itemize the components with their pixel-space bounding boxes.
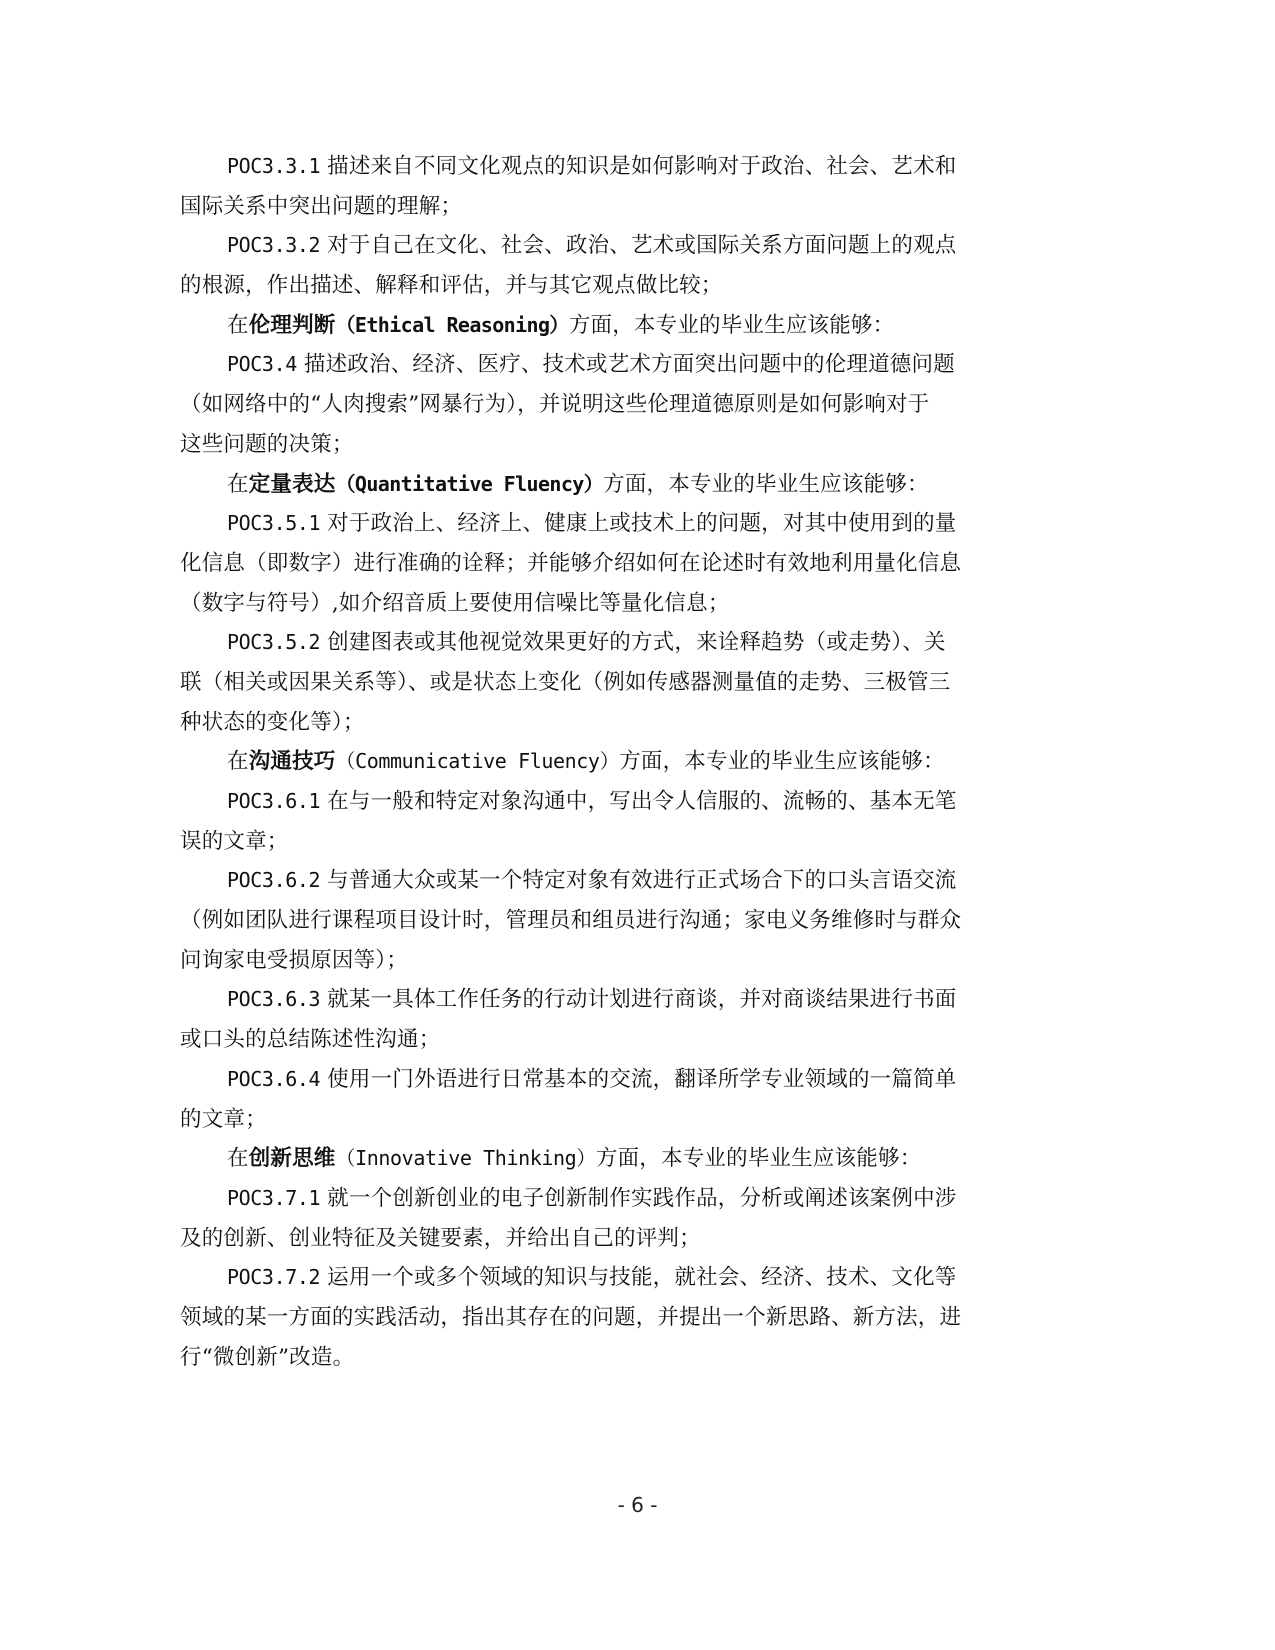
outcome-text: 化信息（即数字）进行准确的诠释；并能够介绍如何在论述时有效地利用量化信息	[180, 551, 961, 576]
heading-suffix: 方面，本专业的毕业生应该能够：	[569, 313, 895, 338]
heading-keyword: 创新思维	[249, 1146, 336, 1171]
paragraph-line: 种状态的变化等）；	[180, 703, 1040, 743]
outcome-code: POC3.3.2	[227, 233, 320, 257]
paragraph-line: 问询家电受损原因等）；	[180, 941, 1040, 981]
paragraph-line: 及的创新、创业特征及关键要素，并给出自己的评判；	[180, 1219, 1040, 1259]
section-heading-quantitative: 在定量表达（Quantitative Fluency）方面，本专业的毕业生应该能…	[180, 465, 1040, 505]
heading-keyword: 定量表达	[249, 472, 336, 497]
page-number: - 6 -	[0, 1493, 1275, 1517]
outcome-text: 就一个创新创业的电子创新制作实践作品，分析或阐述该案例中涉	[320, 1186, 956, 1211]
paragraph-line: 联（相关或因果关系等）、或是状态上变化（例如传感器测量值的走势、三极管三	[180, 663, 1040, 703]
outcome-text: 行“微创新”改造。	[180, 1345, 354, 1370]
paragraph-line: （如网络中的“人肉搜索”网暴行为），并说明这些伦理道德原则是如何影响对于	[180, 385, 1040, 425]
outcome-code: POC3.7.1	[227, 1186, 320, 1210]
paragraph-line: POC3.7.1 就一个创新创业的电子创新制作实践作品，分析或阐述该案例中涉	[180, 1179, 1040, 1219]
section-heading-communicative: 在沟通技巧（Communicative Fluency）方面，本专业的毕业生应该…	[180, 742, 1040, 782]
outcome-code: POC3.5.1	[227, 511, 320, 535]
paragraph-line: POC3.7.2 运用一个或多个领域的知识与技能，就社会、经济、技术、文化等	[180, 1258, 1040, 1298]
paragraph-line: （例如团队进行课程项目设计时，管理员和组员进行沟通；家电义务维修时与群众	[180, 901, 1040, 941]
paragraph-line: 这些问题的决策；	[180, 425, 1040, 465]
outcome-text: 对于政治上、经济上、健康上或技术上的问题，对其中使用到的量	[320, 511, 956, 536]
heading-prefix: 在	[227, 749, 249, 774]
outcome-text: 联（相关或因果关系等）、或是状态上变化（例如传感器测量值的走势、三极管三	[180, 670, 950, 695]
outcome-text: 在与一般和特定对象沟通中，写出令人信服的、流畅的、基本无笔	[320, 789, 956, 814]
outcome-text: 国际关系中突出问题的理解；	[180, 194, 462, 219]
outcome-text: 运用一个或多个领域的知识与技能，就社会、经济、技术、文化等	[320, 1265, 956, 1290]
outcome-text: （数字与符号）,如介绍音质上要使用信噪比等量化信息；	[180, 591, 730, 616]
outcome-text: 的文章；	[180, 1107, 267, 1132]
heading-suffix: 方面，本专业的毕业生应该能够：	[603, 472, 929, 497]
outcome-text: 或口头的总结陈述性沟通；	[180, 1027, 440, 1052]
paragraph-line: POC3.5.1 对于政治上、经济上、健康上或技术上的问题，对其中使用到的量	[180, 504, 1040, 544]
heading-suffix: 方面，本专业的毕业生应该能够：	[596, 1146, 922, 1171]
heading-english-term: （Ethical Reasoning）	[336, 313, 569, 337]
outcome-text: 对于自己在文化、社会、政治、艺术或国际关系方面问题上的观点	[320, 233, 956, 258]
heading-prefix: 在	[227, 472, 249, 497]
paragraph-line: POC3.6.1 在与一般和特定对象沟通中，写出令人信服的、流畅的、基本无笔	[180, 782, 1040, 822]
outcome-text: 这些问题的决策；	[180, 432, 354, 457]
outcome-code: POC3.6.4	[227, 1067, 320, 1091]
outcome-text: 的根源，作出描述、解释和评估，并与其它观点做比较；	[180, 273, 723, 298]
paragraph-line: POC3.3.1 描述来自不同文化观点的知识是如何影响对于政治、社会、艺术和	[180, 147, 1040, 187]
paragraph-line: POC3.6.4 使用一门外语进行日常基本的交流，翻译所学专业领域的一篇简单	[180, 1060, 1040, 1100]
outcome-code: POC3.5.2	[227, 630, 320, 654]
paragraph-line: 的根源，作出描述、解释和评估，并与其它观点做比较；	[180, 266, 1040, 306]
outcome-text: 使用一门外语进行日常基本的交流，翻译所学专业领域的一篇简单	[320, 1067, 956, 1092]
outcome-code: POC3.6.3	[227, 987, 320, 1011]
paragraph-line: POC3.6.3 就某一具体工作任务的行动计划进行商谈，并对商谈结果进行书面	[180, 980, 1040, 1020]
paragraph-line: （数字与符号）,如介绍音质上要使用信噪比等量化信息；	[180, 584, 1040, 624]
outcome-text: 种状态的变化等）；	[180, 710, 365, 735]
outcome-code: POC3.4	[227, 352, 297, 376]
document-body: POC3.3.1 描述来自不同文化观点的知识是如何影响对于政治、社会、艺术和 国…	[180, 147, 1040, 1377]
paragraph-line: POC3.4 描述政治、经济、医疗、技术或艺术方面突出问题中的伦理道德问题	[180, 345, 1040, 385]
outcome-text: （例如团队进行课程项目设计时，管理员和组员进行沟通；家电义务维修时与群众	[180, 908, 961, 933]
heading-english-term: （Communicative Fluency）	[336, 749, 620, 773]
outcome-text: 误的文章；	[180, 829, 289, 854]
heading-suffix: 方面，本专业的毕业生应该能够：	[619, 749, 945, 774]
paragraph-line: 行“微创新”改造。	[180, 1338, 1040, 1378]
outcome-text: 与普通大众或某一个特定对象有效进行正式场合下的口头言语交流	[320, 868, 956, 893]
paragraph-line: POC3.6.2 与普通大众或某一个特定对象有效进行正式场合下的口头言语交流	[180, 861, 1040, 901]
outcome-code: POC3.6.2	[227, 868, 320, 892]
outcome-code: POC3.3.1	[227, 154, 320, 178]
heading-prefix: 在	[227, 1146, 249, 1171]
paragraph-line: POC3.3.2 对于自己在文化、社会、政治、艺术或国际关系方面问题上的观点	[180, 226, 1040, 266]
heading-keyword: 伦理判断	[249, 313, 336, 338]
outcome-code: POC3.7.2	[227, 1265, 320, 1289]
heading-keyword: 沟通技巧	[249, 749, 336, 774]
paragraph-line: 误的文章；	[180, 822, 1040, 862]
outcome-text: （如网络中的“人肉搜索”网暴行为），并说明这些伦理道德原则是如何影响对于	[180, 392, 929, 417]
section-heading-ethical: 在伦理判断（Ethical Reasoning）方面，本专业的毕业生应该能够：	[180, 306, 1040, 346]
section-heading-innovative: 在创新思维（Innovative Thinking）方面，本专业的毕业生应该能够…	[180, 1139, 1040, 1179]
document-page: POC3.3.1 描述来自不同文化观点的知识是如何影响对于政治、社会、艺术和 国…	[0, 0, 1275, 1650]
heading-english-term: （Quantitative Fluency）	[336, 472, 604, 496]
paragraph-line: POC3.5.2 创建图表或其他视觉效果更好的方式，来诠释趋势（或走势）、关	[180, 623, 1040, 663]
outcome-text: 描述来自不同文化观点的知识是如何影响对于政治、社会、艺术和	[320, 154, 956, 179]
heading-english-term: （Innovative Thinking）	[336, 1146, 596, 1170]
paragraph-line: 国际关系中突出问题的理解；	[180, 187, 1040, 227]
outcome-text: 创建图表或其他视觉效果更好的方式，来诠释趋势（或走势）、关	[320, 630, 946, 655]
outcome-code: POC3.6.1	[227, 789, 320, 813]
paragraph-line: 领域的某一方面的实践活动，指出其存在的问题，并提出一个新思路、新方法，进	[180, 1298, 1040, 1338]
paragraph-line: 或口头的总结陈述性沟通；	[180, 1020, 1040, 1060]
outcome-text: 描述政治、经济、医疗、技术或艺术方面突出问题中的伦理道德问题	[297, 352, 955, 377]
paragraph-line: 的文章；	[180, 1100, 1040, 1140]
outcome-text: 问询家电受损原因等）；	[180, 948, 408, 973]
outcome-text: 及的创新、创业特征及关键要素，并给出自己的评判；	[180, 1226, 701, 1251]
outcome-text: 领域的某一方面的实践活动，指出其存在的问题，并提出一个新思路、新方法，进	[180, 1305, 961, 1330]
paragraph-line: 化信息（即数字）进行准确的诠释；并能够介绍如何在论述时有效地利用量化信息	[180, 544, 1040, 584]
heading-prefix: 在	[227, 313, 249, 338]
outcome-text: 就某一具体工作任务的行动计划进行商谈，并对商谈结果进行书面	[320, 987, 956, 1012]
